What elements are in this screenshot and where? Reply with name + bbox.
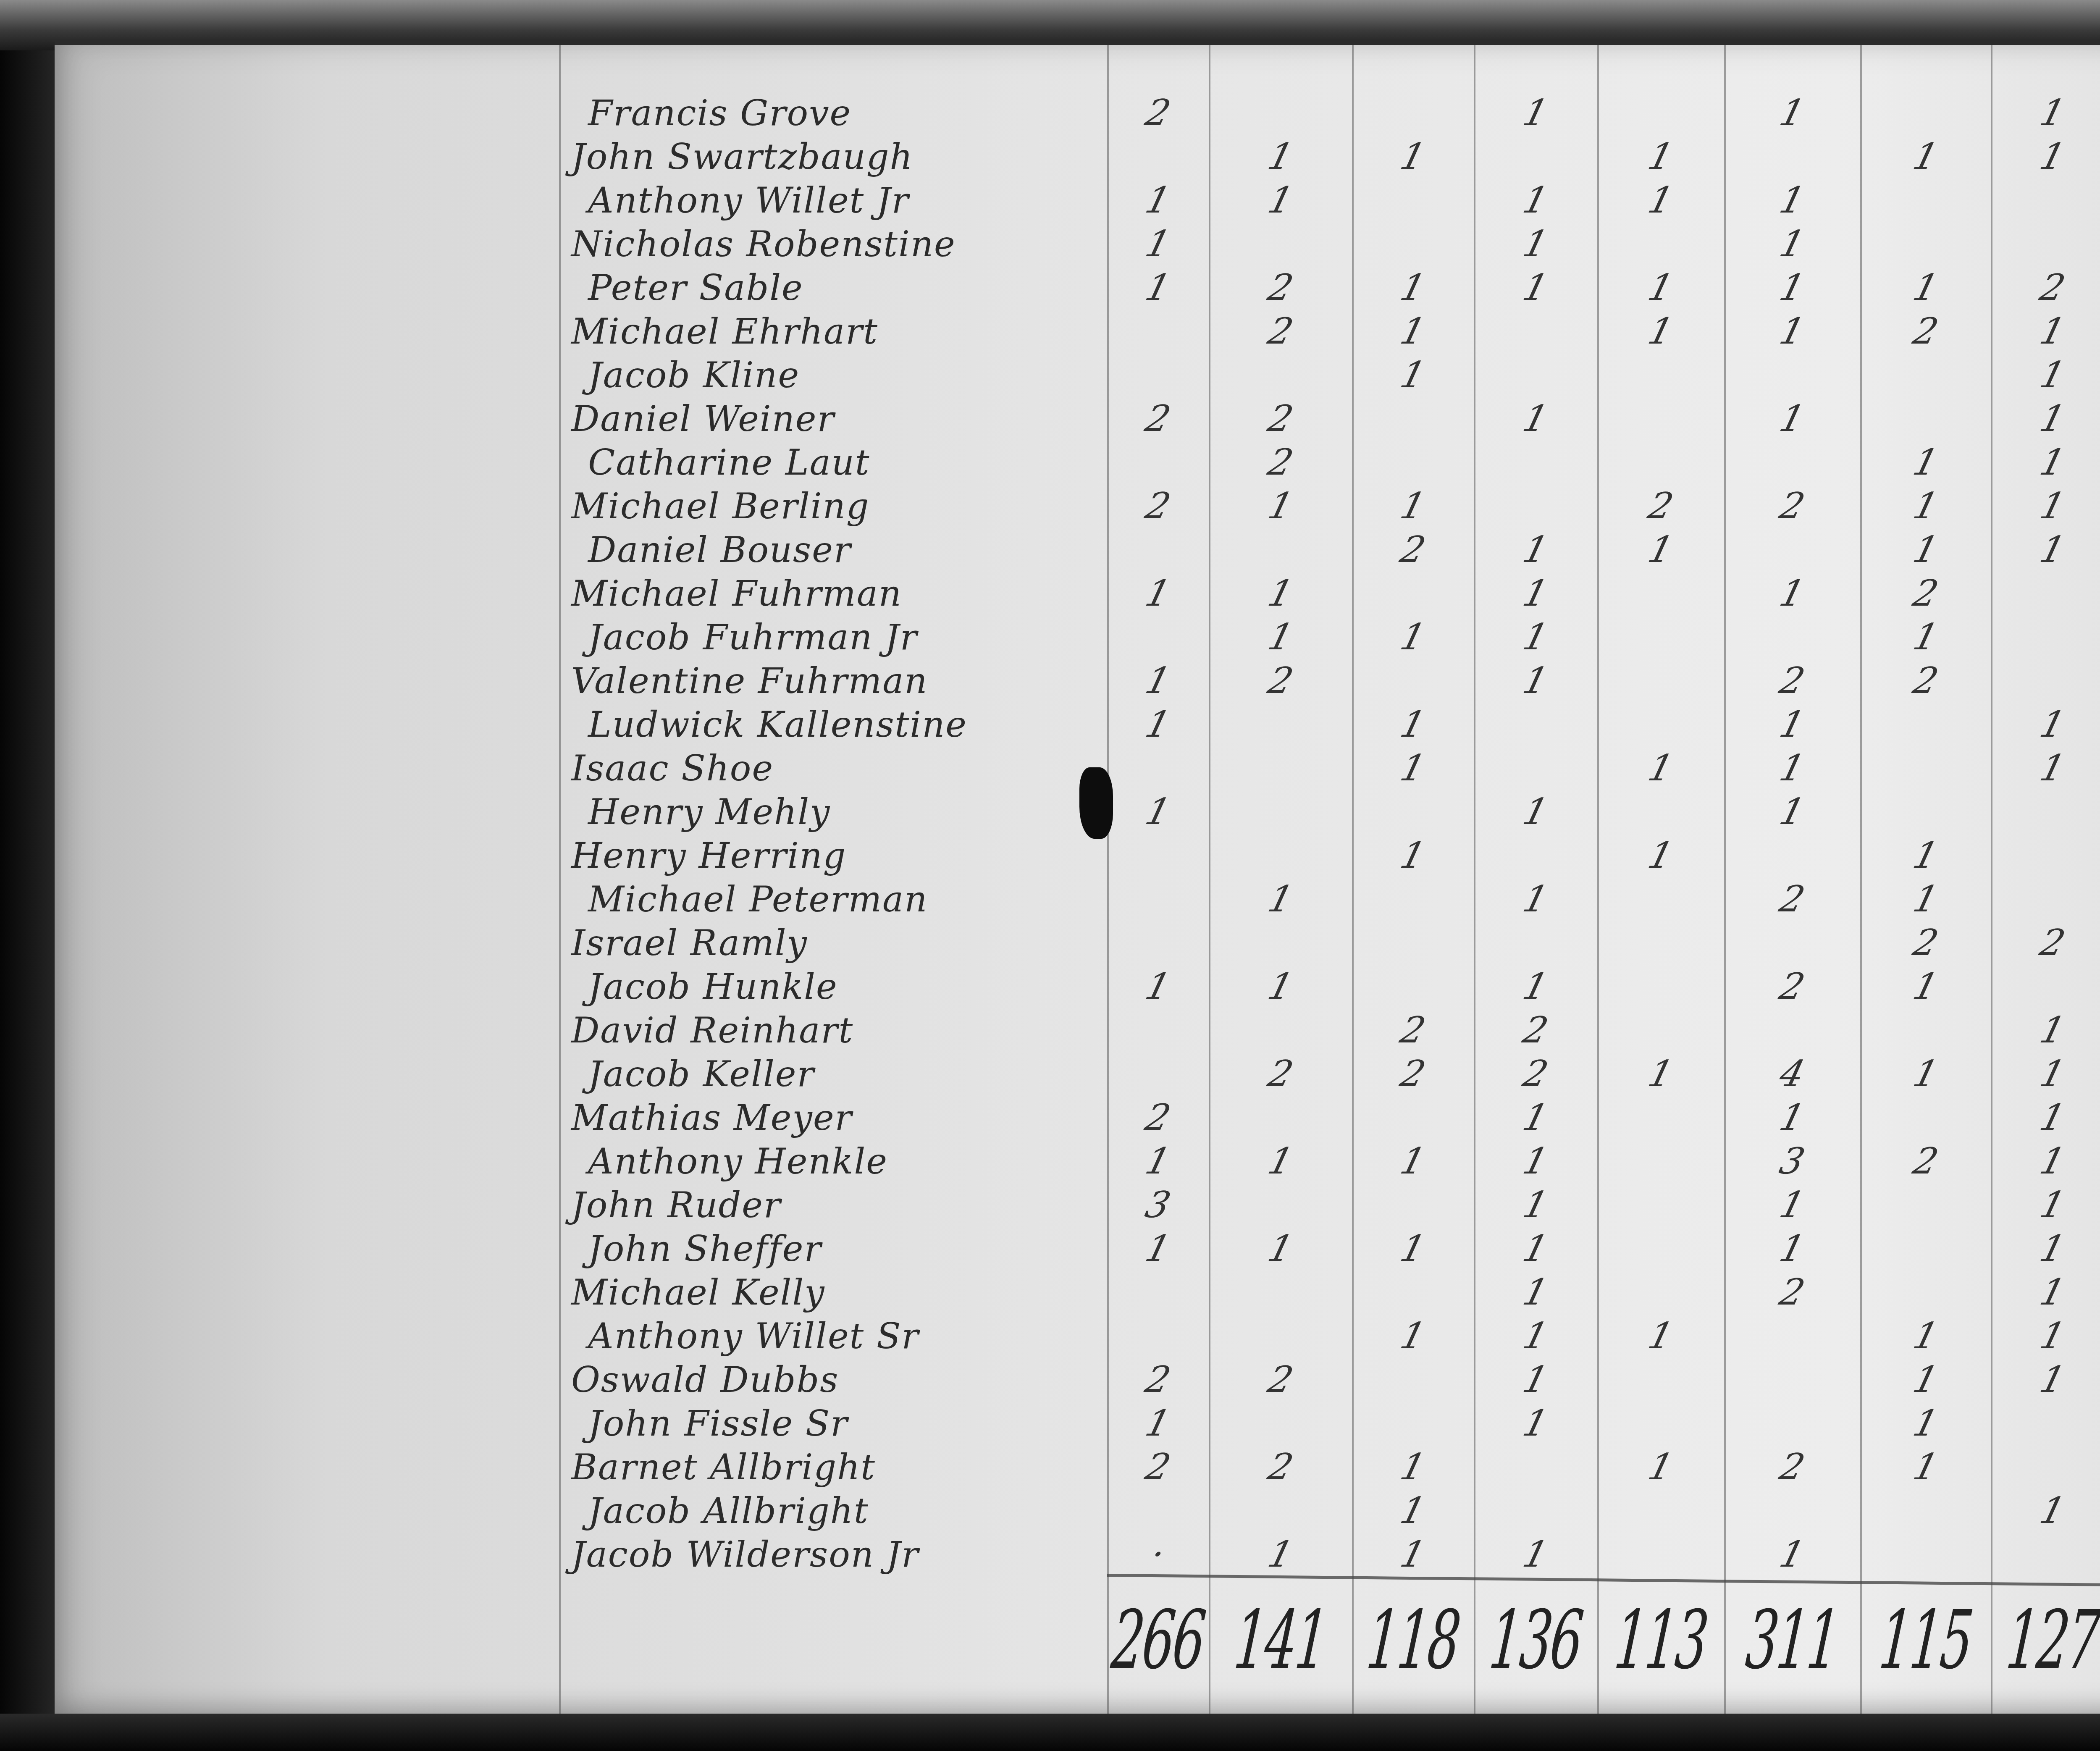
tally-cell: 1 xyxy=(1745,790,1840,834)
tally-cell: 1 xyxy=(1110,1227,1205,1271)
tally-cell: 1 xyxy=(1488,1402,1583,1445)
tally-cell: 1 xyxy=(1110,266,1205,310)
tally-cell: 2 xyxy=(1233,310,1328,353)
tally-cell: 2 xyxy=(1110,1445,1205,1489)
tally-cell: 1 xyxy=(1488,1183,1583,1227)
ledger-name: Oswald Dubbs xyxy=(571,1358,1159,1402)
tally-cell: 2 xyxy=(1365,1008,1460,1052)
tally-cell: 1 xyxy=(2005,1489,2100,1533)
ledger-name: Isaac Shoe xyxy=(571,746,1159,790)
tally-cell: 1 xyxy=(2005,1271,2100,1314)
column-total: 118 xyxy=(1346,1574,1480,1708)
tally-cell: 1 xyxy=(2005,135,2100,179)
column-total: 136 xyxy=(1468,1574,1603,1708)
tally-cell: 1 xyxy=(1488,1227,1583,1271)
tally-cell: 1 xyxy=(1110,703,1205,746)
tally-cell: 1 xyxy=(1745,266,1840,310)
tally-cell: 1 xyxy=(1613,1314,1708,1358)
tally-cell: 2 xyxy=(2005,921,2100,965)
ledger-name: John Ruder xyxy=(571,1183,1159,1227)
tally-cell: 1 xyxy=(1878,441,1973,484)
tally-cell: 1 xyxy=(1745,1096,1840,1139)
tally-cell: 1 xyxy=(1110,222,1205,266)
tally-cell: 2 xyxy=(1233,266,1328,310)
tally-cell: 1 xyxy=(2005,1139,2100,1183)
tally-cell: 1 xyxy=(1488,659,1583,703)
tally-cell: 1 xyxy=(1613,310,1708,353)
ledger-name: Nicholas Robenstine xyxy=(571,222,1159,266)
column-rule xyxy=(1352,45,1354,1721)
tally-cell: 2 xyxy=(1878,659,1973,703)
tally-cell: 1 xyxy=(1365,615,1460,659)
tally-cell: 2 xyxy=(1110,91,1205,135)
tally-cell: 1 xyxy=(2005,528,2100,572)
tally-cell: 2 xyxy=(2005,266,2100,310)
tally-cell: 1 xyxy=(2005,1096,2100,1139)
tally-cell: 1 xyxy=(1878,266,1973,310)
tally-cell: 1 xyxy=(2005,484,2100,528)
tally-cell: 2 xyxy=(1233,397,1328,441)
column-rule xyxy=(1474,45,1475,1721)
ledger-name: Daniel Weiner xyxy=(571,397,1159,441)
tally-cell: 1 xyxy=(2005,441,2100,484)
tally-cell: 2 xyxy=(1745,484,1840,528)
tally-cell: 2 xyxy=(1745,965,1840,1008)
column-total: 115 xyxy=(1854,1574,1997,1708)
tally-cell: 2 xyxy=(1110,1358,1205,1402)
column-total: 113 xyxy=(1591,1574,1730,1708)
tally-cell: 1 xyxy=(2005,1358,2100,1402)
ledger-name: Henry Herring xyxy=(571,834,1159,877)
ledger-name: Ludwick Kallenstine xyxy=(571,703,1159,746)
tally-cell: 1 xyxy=(1110,659,1205,703)
tally-cell: 1 xyxy=(1488,572,1583,615)
tally-cell: 1 xyxy=(2005,353,2100,397)
tally-cell: 1 xyxy=(1488,1096,1583,1139)
name-column: Francis GroveJohn SwartzbaughAnthony Wil… xyxy=(571,91,1159,1576)
tally-cell: 1 xyxy=(1233,1139,1328,1183)
tally-cell: 1 xyxy=(1365,310,1460,353)
column-rule xyxy=(1860,45,1862,1721)
ledger-name: Michael Kelly xyxy=(571,1271,1159,1314)
ledger-name: Michael Fuhrman xyxy=(571,572,1159,615)
tally-cell: 2 xyxy=(1110,397,1205,441)
tally-cell: 2 xyxy=(1233,659,1328,703)
ledger-name: Jacob Fuhrman Jr xyxy=(571,615,1159,659)
column-rule xyxy=(559,45,561,1721)
tally-cell: 1 xyxy=(1613,746,1708,790)
tally-cell: 1 xyxy=(1365,266,1460,310)
tally-cell: 1 xyxy=(1745,310,1840,353)
ledger-name: Jacob Allbright xyxy=(571,1489,1159,1533)
tally-cell: 1 xyxy=(1365,746,1460,790)
ledger-name: John Fissle Sr xyxy=(571,1402,1159,1445)
tally-cell: 1 xyxy=(1365,703,1460,746)
tally-cell: 1 xyxy=(1488,528,1583,572)
tally-cell: 1 xyxy=(1233,1533,1328,1576)
tally-cell: 1 xyxy=(1878,484,1973,528)
tally-cell: 1 xyxy=(1110,965,1205,1008)
tally-cell: 1 xyxy=(1878,1402,1973,1445)
tally-cell: 2 xyxy=(1365,1052,1460,1096)
tally-cell: 1 xyxy=(1110,790,1205,834)
column-rule xyxy=(1209,45,1210,1721)
tally-cell: 1 xyxy=(1745,746,1840,790)
column-rule xyxy=(1597,45,1599,1721)
tally-cell: 1 xyxy=(1878,965,1973,1008)
tally-cell: 1 xyxy=(1613,266,1708,310)
tally-cell: 1 xyxy=(1613,135,1708,179)
tally-cell: 2 xyxy=(1233,1358,1328,1402)
tally-cell: 1 xyxy=(1365,1533,1460,1576)
tally-cell: 1 xyxy=(1488,179,1583,222)
tally-cell: 1 xyxy=(1613,834,1708,877)
ledger-name: Anthony Henkle xyxy=(571,1139,1159,1183)
tally-cell: 3 xyxy=(1110,1183,1205,1227)
ledger-name: Catharine Laut xyxy=(571,441,1159,484)
tally-cell: 1 xyxy=(1745,397,1840,441)
tally-cell: 3 xyxy=(1745,1139,1840,1183)
tally-cell: · xyxy=(1110,1533,1205,1576)
tally-cell: 2 xyxy=(1878,572,1973,615)
tally-cell: 1 xyxy=(1365,135,1460,179)
ledger-name: Valentine Fuhrman xyxy=(571,659,1159,703)
tally-cell: 1 xyxy=(1878,1052,1973,1096)
tally-cell: 1 xyxy=(1878,1445,1973,1489)
tally-cell: 1 xyxy=(1745,222,1840,266)
tally-cell: 1 xyxy=(1233,615,1328,659)
tally-cell: 2 xyxy=(1488,1008,1583,1052)
tally-cell: 1 xyxy=(2005,1052,2100,1096)
tally-cell: 1 xyxy=(2005,91,2100,135)
tally-cell: 1 xyxy=(2005,1183,2100,1227)
ledger-name: Anthony Willet Sr xyxy=(571,1314,1159,1358)
tally-cell: 1 xyxy=(1488,1533,1583,1576)
tally-cell: 1 xyxy=(1488,222,1583,266)
tally-cell: 1 xyxy=(1365,1314,1460,1358)
ledger-name: Anthony Willet Jr xyxy=(571,179,1159,222)
ledger-name: Jacob Kline xyxy=(571,353,1159,397)
tally-cell: 1 xyxy=(1365,1139,1460,1183)
tally-cell: 1 xyxy=(1233,877,1328,921)
ledger-page: Francis GroveJohn SwartzbaughAnthony Wil… xyxy=(55,40,2100,1721)
tally-cell: 1 xyxy=(1365,1227,1460,1271)
scan-left-edge xyxy=(0,0,63,1751)
tally-cell: 2 xyxy=(1878,921,1973,965)
ledger-name: Michael Berling xyxy=(571,484,1159,528)
tally-cell: 1 xyxy=(1878,877,1973,921)
tally-cell: 1 xyxy=(1745,1227,1840,1271)
tally-cell: 1 xyxy=(1745,1533,1840,1576)
tally-cell: 2 xyxy=(1233,441,1328,484)
column-rule xyxy=(1724,45,1726,1721)
tally-cell: 1 xyxy=(1745,91,1840,135)
ledger-name: Daniel Bouser xyxy=(571,528,1159,572)
tally-cell: 2 xyxy=(1878,310,1973,353)
ledger-name: John Sheffer xyxy=(571,1227,1159,1271)
tally-cell: 1 xyxy=(1488,965,1583,1008)
ledger-name: Peter Sable xyxy=(571,266,1159,310)
ledger-name: Francis Grove xyxy=(571,91,1159,135)
tally-cell: 1 xyxy=(2005,397,2100,441)
tally-cell: 1 xyxy=(1365,1489,1460,1533)
tally-cell: 1 xyxy=(1233,965,1328,1008)
tally-cell: 1 xyxy=(1745,179,1840,222)
ledger-name: Henry Mehly xyxy=(571,790,1159,834)
tally-cell: 1 xyxy=(1233,135,1328,179)
tally-cell: 1 xyxy=(1488,266,1583,310)
tally-cell: 2 xyxy=(1233,1052,1328,1096)
tally-cell: 2 xyxy=(1745,1271,1840,1314)
column-total: 141 xyxy=(1203,1574,1358,1708)
ledger-name: Jacob Hunkle xyxy=(571,965,1159,1008)
tally-cell: 2 xyxy=(1365,528,1460,572)
column-total: 127 xyxy=(1985,1574,2100,1708)
ledger-name: Michael Ehrhart xyxy=(571,310,1159,353)
ink-blot xyxy=(1079,767,1113,839)
tally-cell: 1 xyxy=(1878,615,1973,659)
tally-cell: 1 xyxy=(1488,877,1583,921)
tally-cell: 1 xyxy=(2005,746,2100,790)
tally-cell: 1 xyxy=(1878,1314,1973,1358)
tally-cell: 1 xyxy=(1488,1139,1583,1183)
tally-cell: 2 xyxy=(1878,1139,1973,1183)
tally-cell: 1 xyxy=(1878,135,1973,179)
tally-cell: 1 xyxy=(1110,179,1205,222)
tally-cell: 1 xyxy=(1488,91,1583,135)
tally-cell: 4 xyxy=(1745,1052,1840,1096)
ledger-name: Jacob Wilderson Jr xyxy=(571,1533,1159,1576)
tally-cell: 2 xyxy=(1745,877,1840,921)
tally-cell: 1 xyxy=(1110,1402,1205,1445)
tally-cell: 2 xyxy=(1488,1052,1583,1096)
tally-cell: 2 xyxy=(1110,484,1205,528)
ledger-name: John Swartzbaugh xyxy=(571,135,1159,179)
tally-cell: 1 xyxy=(1878,834,1973,877)
tally-cell: 1 xyxy=(2005,310,2100,353)
tally-cell: 1 xyxy=(1613,528,1708,572)
tally-cell: 1 xyxy=(2005,1008,2100,1052)
tally-cell: 1 xyxy=(1233,572,1328,615)
tally-cell: 1 xyxy=(1613,179,1708,222)
tally-cell: 1 xyxy=(1365,353,1460,397)
tally-cell: 1 xyxy=(1233,484,1328,528)
tally-cell: 1 xyxy=(1110,1139,1205,1183)
tally-cell: 1 xyxy=(1110,572,1205,615)
tally-cell: 1 xyxy=(1488,615,1583,659)
tally-cell: 1 xyxy=(1878,528,1973,572)
tally-cell: 2 xyxy=(1110,1096,1205,1139)
tally-cell: 2 xyxy=(1233,1445,1328,1489)
tally-cell: 1 xyxy=(2005,1227,2100,1271)
column-total: 266 xyxy=(1101,1574,1215,1708)
tally-cell: 2 xyxy=(1745,1445,1840,1489)
tally-cell: 1 xyxy=(1488,397,1583,441)
ledger-name: Mathias Meyer xyxy=(571,1096,1159,1139)
tally-cell: 1 xyxy=(1613,1052,1708,1096)
tally-cell: 1 xyxy=(1365,484,1460,528)
ledger-name: Jacob Keller xyxy=(571,1052,1159,1096)
tally-cell: 1 xyxy=(1233,179,1328,222)
ledger-name: David Reinhart xyxy=(571,1008,1159,1052)
ledger-name: Michael Peterman xyxy=(571,877,1159,921)
tally-cell: 1 xyxy=(1488,1358,1583,1402)
tally-cell: 1 xyxy=(2005,1314,2100,1358)
tally-cell: 1 xyxy=(1745,1183,1840,1227)
tally-cell: 1 xyxy=(1488,790,1583,834)
ledger-name: Barnet Allbright xyxy=(571,1445,1159,1489)
tally-cell: 1 xyxy=(1233,1227,1328,1271)
column-rule xyxy=(1991,45,1992,1721)
tally-cell: 1 xyxy=(2005,703,2100,746)
ledger-name: Israel Ramly xyxy=(571,921,1159,965)
tally-cell: 1 xyxy=(1488,1314,1583,1358)
tally-cell: 1 xyxy=(1878,1358,1973,1402)
column-total: 311 xyxy=(1718,1574,1866,1708)
tally-cell: 1 xyxy=(1488,1271,1583,1314)
tally-cell: 1 xyxy=(1745,703,1840,746)
tally-cell: 1 xyxy=(1745,572,1840,615)
tally-cell: 1 xyxy=(1613,1445,1708,1489)
tally-cell: 2 xyxy=(1613,484,1708,528)
tally-cell: 1 xyxy=(1365,834,1460,877)
scan-bottom-edge xyxy=(0,1714,2100,1751)
tally-cell: 2 xyxy=(1745,659,1840,703)
tally-cell: 1 xyxy=(1365,1445,1460,1489)
